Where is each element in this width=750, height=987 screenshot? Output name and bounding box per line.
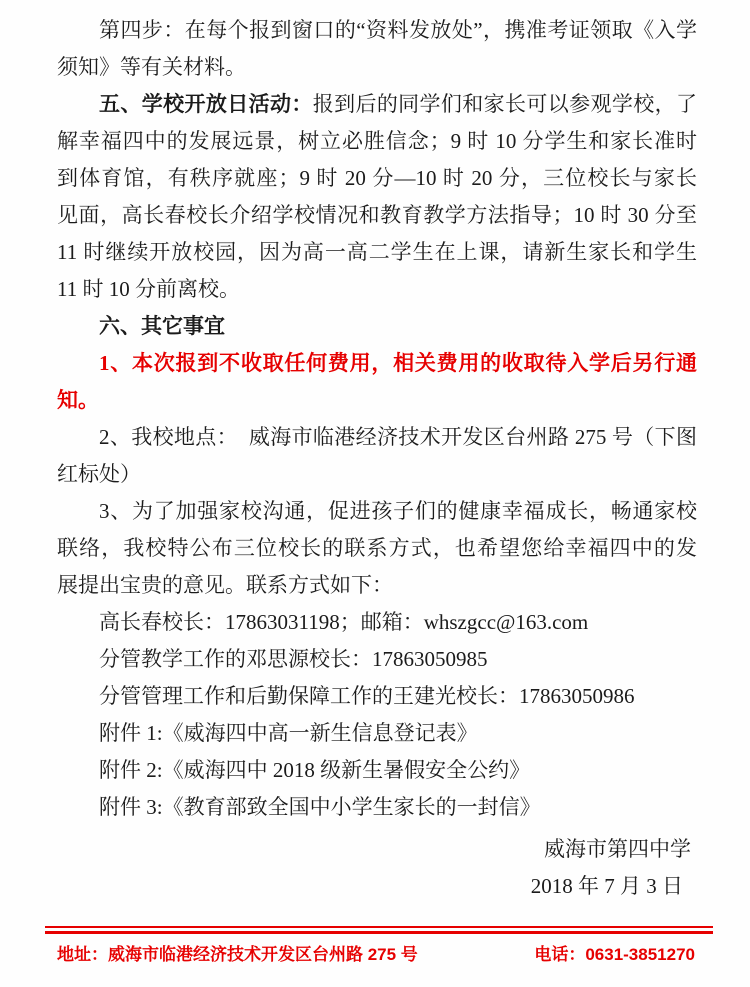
section5-line-5: 11 时继续开放校园，因为高一高二学生在上课，请新生家长和学生 <box>57 234 697 271</box>
attachment-1: 附件 1:《威海四中高一新生信息登记表》 <box>57 715 697 752</box>
footer-phone: 电话：0631-3851270 <box>534 944 695 966</box>
contact-vice-teaching: 分管教学工作的邓思源校长：17863050985 <box>57 641 697 678</box>
attachment-3: 附件 3:《教育部致全国中小学生家长的一封信》 <box>57 789 697 826</box>
section5-line-1: 报到后的同学们和家长可以参观学校，了 <box>313 92 697 116</box>
section5-heading: 五、学校开放日活动： <box>99 93 313 116</box>
signature-school: 威海市第四中学 <box>57 831 697 868</box>
attachment-2: 附件 2:《威海四中 2018 级新生暑假安全公约》 <box>57 752 697 789</box>
communication-line-1: 3、为了加强家校沟通，促进孩子们的健康幸福成长，畅通家校 <box>57 493 697 530</box>
signature-date: 2018 年 7 月 3 日 <box>57 868 697 905</box>
communication-line-2: 联络，我校特公布三位校长的联系方式，也希望您给幸福四中的发 <box>57 530 697 567</box>
section5-heading-line: 五、学校开放日活动：报到后的同学们和家长可以参观学校，了 <box>57 86 697 123</box>
notice-body: 第四步：在每个报到窗口的“资料发放处”，携准考证领取《入学 须知》等有关材料。 … <box>57 12 697 905</box>
section5-line-3: 到体育馆，有秩序就座；9 时 20 分—10 时 20 分，三位校长与家长 <box>57 160 697 197</box>
location-line-1: 2、我校地点： 威海市临港经济技术开发区台州路 275 号（下图 <box>57 419 697 456</box>
fee-notice-line-1: 1、本次报到不收取任何费用，相关费用的收取待入学后另行通 <box>57 345 697 382</box>
contact-principal: 高长春校长：17863031198；邮箱：whszgcc@163.com <box>57 604 697 641</box>
fee-notice-line-2: 知。 <box>57 382 697 419</box>
contact-vice-admin: 分管管理工作和后勤保障工作的王建光校长：17863050986 <box>57 678 697 715</box>
notice-page: 第四步：在每个报到窗口的“资料发放处”，携准考证领取《入学 须知》等有关材料。 … <box>0 0 750 987</box>
section5-line-6: 11 时 10 分前离校。 <box>57 271 697 308</box>
location-line-2: 红标处） <box>57 456 697 493</box>
section5-line-4: 见面，高长春校长介绍学校情况和教育教学方法指导；10 时 30 分至 <box>57 197 697 234</box>
step4-line-1: 第四步：在每个报到窗口的“资料发放处”，携准考证领取《入学 <box>57 12 697 49</box>
footer-rule-thin <box>45 926 713 928</box>
footer-address: 地址：威海市临港经济技术开发区台州路 275 号 <box>57 944 418 966</box>
section6-heading: 六、其它事宜 <box>57 308 697 345</box>
communication-line-3: 展提出宝贵的意见。联系方式如下： <box>57 567 697 604</box>
footer-rule-thick <box>45 931 713 934</box>
section5-line-2: 解幸福四中的发展远景，树立必胜信念；9 时 10 分学生和家长准时 <box>57 123 697 160</box>
step4-line-2: 须知》等有关材料。 <box>57 49 697 86</box>
footer: 地址：威海市临港经济技术开发区台州路 275 号 电话：0631-3851270 <box>57 944 695 966</box>
